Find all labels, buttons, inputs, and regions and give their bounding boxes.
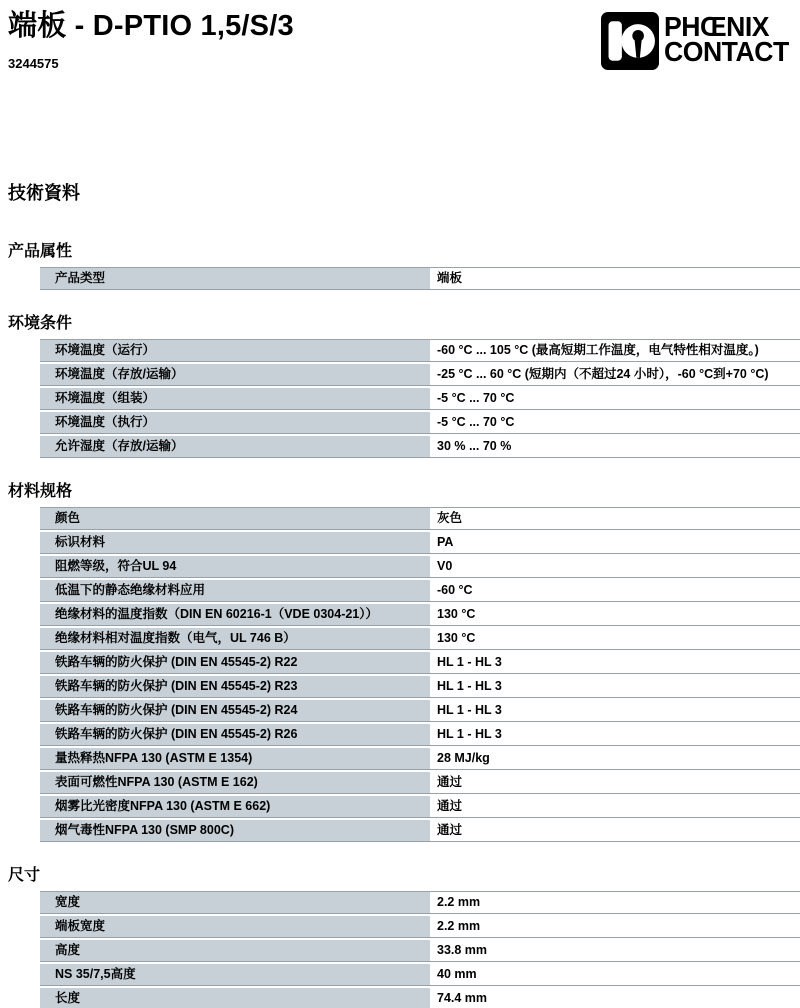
row-value: 28 MJ/kg [430,748,800,769]
row-value: HL 1 - HL 3 [430,676,800,697]
table-row: 环境温度（存放/运输） -25 °C ... 60 °C (短期内（不超过24 … [40,364,800,386]
row-value: -25 °C ... 60 °C (短期内（不超过24 小时），-60 °C到+… [430,364,800,385]
table-row: 高度 33.8 mm [40,940,800,962]
spec-sections: 产品属性 产品类型 端板 环境条件 环境温度（运行） -60 °C ... 10… [0,238,800,1008]
table-row: 铁路车辆的防火保护 (DIN EN 45545-2) R23 HL 1 - HL… [40,676,800,698]
row-label: 颜色 [40,508,430,529]
row-label: 产品类型 [40,268,430,289]
table-row: NS 35/7,5高度 40 mm [40,964,800,986]
phoenix-contact-emblem-icon [601,12,659,70]
datasheet-header: 端板 - D-PTIO 1,5/S/3 3244575 PHŒNIX CONTA… [0,0,800,71]
table-row: 环境温度（组装） -5 °C ... 70 °C [40,388,800,410]
table-row: 表面可燃性NFPA 130 (ASTM E 162) 通过 [40,772,800,794]
table-row: 烟雾比光密度NFPA 130 (ASTM E 662) 通过 [40,796,800,818]
row-value: 通过 [430,772,800,793]
spec-table: 环境温度（运行） -60 °C ... 105 °C (最高短期工作温度，电气特… [40,339,800,458]
spec-section: 产品属性 产品类型 端板 [0,238,800,290]
row-label: 铁路车辆的防火保护 (DIN EN 45545-2) R26 [40,724,430,745]
section-heading: 环境条件 [8,310,800,333]
row-value: V0 [430,556,800,577]
row-value: HL 1 - HL 3 [430,724,800,745]
row-value: HL 1 - HL 3 [430,700,800,721]
row-label: 铁路车辆的防火保护 (DIN EN 45545-2) R24 [40,700,430,721]
table-row: 宽度 2.2 mm [40,892,800,914]
row-label: 量热释热NFPA 130 (ASTM E 1354) [40,748,430,769]
row-label: 环境温度（执行） [40,412,430,433]
phoenix-contact-logo: PHŒNIX CONTACT [601,12,795,70]
row-label: 环境温度（存放/运输） [40,364,430,385]
row-label: 阻燃等级，符合UL 94 [40,556,430,577]
row-label: 表面可燃性NFPA 130 (ASTM E 162) [40,772,430,793]
row-label: 允许湿度（存放/运输） [40,436,430,457]
table-row: 颜色 灰色 [40,508,800,530]
row-label: 标识材料 [40,532,430,553]
table-row: 长度 74.4 mm [40,988,800,1008]
table-row: 绝缘材料的温度指数（DIN EN 60216-1（VDE 0304-21）） 1… [40,604,800,626]
section-heading: 材料规格 [8,478,800,501]
section-heading: 尺寸 [8,862,800,885]
spec-section: 尺寸 宽度 2.2 mm 端板宽度 2.2 mm 高度 33.8 mm NS 3… [0,862,800,1008]
section-heading: 产品属性 [8,238,800,261]
row-value: 40 mm [430,964,800,985]
row-value: 通过 [430,796,800,817]
row-label: 低温下的静态绝缘材料应用 [40,580,430,601]
row-value: -60 °C ... 105 °C (最高短期工作温度，电气特性相对温度。) [430,340,800,361]
table-row: 量热释热NFPA 130 (ASTM E 1354) 28 MJ/kg [40,748,800,770]
row-value: 33.8 mm [430,940,800,961]
row-value: 2.2 mm [430,916,800,937]
row-value: 通过 [430,820,800,841]
table-row: 环境温度（运行） -60 °C ... 105 °C (最高短期工作温度，电气特… [40,340,800,362]
row-label: 绝缘材料的温度指数（DIN EN 60216-1（VDE 0304-21）） [40,604,430,625]
spec-table: 宽度 2.2 mm 端板宽度 2.2 mm 高度 33.8 mm NS 35/7… [40,891,800,1008]
row-label: 烟气毒性NFPA 130 (SMP 800C) [40,820,430,841]
row-label: 长度 [40,988,430,1008]
main-heading: 技術資料 [8,179,800,205]
spec-table: 颜色 灰色 标识材料 PA 阻燃等级，符合UL 94 V0 低温下的静态绝缘材料… [40,507,800,842]
table-row: 铁路车辆的防火保护 (DIN EN 45545-2) R22 HL 1 - HL… [40,652,800,674]
row-value: 74.4 mm [430,988,800,1008]
row-value: PA [430,532,800,553]
row-value: 130 °C [430,628,800,649]
table-row: 产品类型 端板 [40,268,800,290]
row-value: 灰色 [430,508,800,529]
table-row: 端板宽度 2.2 mm [40,916,800,938]
phoenix-contact-wordmark: PHŒNIX CONTACT [664,14,789,64]
row-label: NS 35/7,5高度 [40,964,430,985]
table-row: 允许湿度（存放/运输） 30 % ... 70 % [40,436,800,458]
row-value: 30 % ... 70 % [430,436,800,457]
spec-table: 产品类型 端板 [40,267,800,290]
table-row: 烟气毒性NFPA 130 (SMP 800C) 通过 [40,820,800,842]
row-value: 端板 [430,268,800,289]
table-row: 环境温度（执行） -5 °C ... 70 °C [40,412,800,434]
row-value: -5 °C ... 70 °C [430,388,800,409]
table-row: 阻燃等级，符合UL 94 V0 [40,556,800,578]
row-label: 铁路车辆的防火保护 (DIN EN 45545-2) R23 [40,676,430,697]
row-value: -60 °C [430,580,800,601]
row-value: 2.2 mm [430,892,800,913]
table-row: 铁路车辆的防火保护 (DIN EN 45545-2) R26 HL 1 - HL… [40,724,800,746]
row-label: 绝缘材料相对温度指数（电气，UL 746 B） [40,628,430,649]
table-row: 标识材料 PA [40,532,800,554]
row-label: 高度 [40,940,430,961]
logo-line-2: CONTACT [664,39,789,64]
row-value: HL 1 - HL 3 [430,652,800,673]
row-label: 端板宽度 [40,916,430,937]
spec-section: 环境条件 环境温度（运行） -60 °C ... 105 °C (最高短期工作温… [0,310,800,458]
row-label: 环境温度（组装） [40,388,430,409]
row-label: 铁路车辆的防火保护 (DIN EN 45545-2) R22 [40,652,430,673]
table-row: 低温下的静态绝缘材料应用 -60 °C [40,580,800,602]
row-value: 130 °C [430,604,800,625]
table-row: 绝缘材料相对温度指数（电气，UL 746 B） 130 °C [40,628,800,650]
table-row: 铁路车辆的防火保护 (DIN EN 45545-2) R24 HL 1 - HL… [40,700,800,722]
row-label: 环境温度（运行） [40,340,430,361]
row-label: 烟雾比光密度NFPA 130 (ASTM E 662) [40,796,430,817]
row-label: 宽度 [40,892,430,913]
spec-section: 材料规格 颜色 灰色 标识材料 PA 阻燃等级，符合UL 94 V0 低温下的静… [0,478,800,842]
row-value: -5 °C ... 70 °C [430,412,800,433]
